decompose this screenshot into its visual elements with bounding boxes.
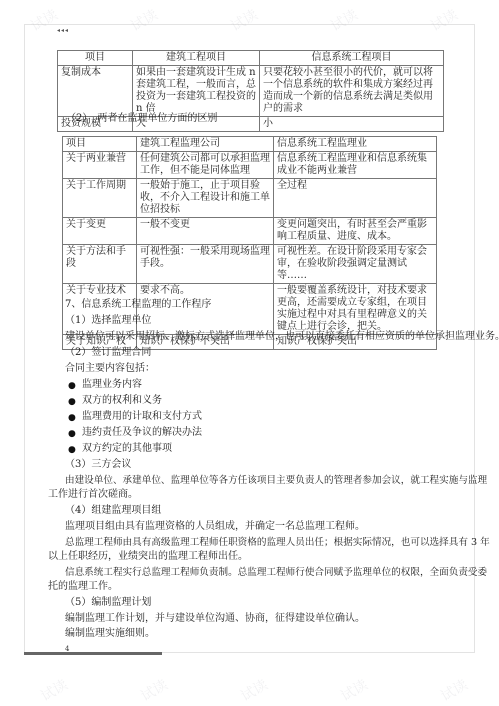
table-header-cell: 信息系统工程项目: [260, 51, 444, 66]
subsection-heading: （4）组建监理项目组: [65, 505, 161, 517]
bullet-icon: ●: [68, 381, 76, 391]
table-header-cell: 建筑工程项目: [133, 51, 260, 66]
table-header-row: 项目 建筑工程监理公司 信息系统工程监理业: [63, 137, 437, 152]
header-mark: ◂◂◂: [57, 27, 69, 34]
table-row: 关于工作周期 一般始于施工，止于项目验收，不介入工程设计和施工单位招投标 全过程: [63, 179, 437, 218]
paragraph: 托的监理工作。: [48, 581, 118, 593]
table-cell: 如果由一套建筑设计生成 n 套建筑工程，一般而言，总投资为一套建筑工程投资的 n…: [133, 66, 260, 117]
section-heading: （2） 两者在监理单位方面的区别: [66, 113, 217, 125]
paragraph: 建设单位可以采用招标、邀标方式选择监理单位，也可以直接委托有相应资质的单位承担监…: [65, 331, 499, 343]
table-header-cell: 项目: [58, 51, 133, 66]
paragraph: 以上任职经历，业绩突出的监理工程师出任。: [48, 551, 248, 563]
table-header-row: 项目 建筑工程项目 信息系统工程项目: [58, 51, 444, 66]
table-row: 关于变更 一般不变更 变更问题突出，有时甚至会严重影响工程质量、进度、成本。: [63, 218, 437, 245]
row-label: 关于两业兼营: [63, 152, 137, 179]
subsection-heading: （3）三方会议: [65, 459, 131, 471]
paragraph: 信息系统工程实行总监理工程师负责制。总监理工程师行使合同赋予监理单位的权限，全面…: [65, 567, 487, 579]
bullet-icon: ●: [68, 397, 76, 407]
table-cell: 全过程: [274, 179, 437, 218]
bullet-icon: ●: [68, 413, 76, 423]
table-header-cell: 建筑工程监理公司: [137, 137, 274, 152]
list-item: 监理业务内容: [82, 379, 142, 391]
watermark: 试读: [437, 674, 471, 705]
subsection-heading: （5）编制监理计划: [65, 597, 151, 609]
row-label: 复制成本: [58, 66, 133, 117]
watermark: 试读: [137, 674, 171, 705]
watermark: 试读: [237, 674, 271, 705]
table-row: 关于两业兼营 任何建筑公司都可以承担监理工作，但不能是同体监理 信息系统工程监理…: [63, 152, 437, 179]
table-cell: 一般始于施工，止于项目验收，不介入工程设计和施工单位招投标: [137, 179, 274, 218]
paragraph: 编制监理实施细则。: [65, 628, 155, 640]
table-cell: 小: [260, 117, 444, 132]
subsection-heading: （2）签订监理合同: [65, 347, 151, 359]
paragraph: 编制监理工作计划，并与建设单位沟通、协商，征得建设单位确认。: [65, 613, 365, 625]
table-cell: 一般不变更: [137, 218, 274, 245]
list-item: 监理费用的计取和支付方式: [82, 411, 202, 423]
bullet-icon: ●: [68, 445, 76, 455]
paragraph: 工作进行首次磋商。: [48, 489, 138, 501]
paragraph: 由建设单位、承建单位、监理单位等各方任该项目主要负责人的管理者参加会议，就工程实…: [65, 475, 487, 487]
list-item: 双方的权利和义务: [82, 395, 162, 407]
footer-rule: [24, 652, 162, 655]
row-label: 关于工作周期: [63, 179, 137, 218]
table-row: 复制成本 如果由一套建筑设计生成 n 套建筑工程，一般而言，总投资为一套建筑工程…: [58, 66, 444, 117]
table-cell: 只要花较小甚至很小的代价，就可以将一个信息系统的软件和集成方案经过再造而成一个新…: [260, 66, 444, 117]
section-heading: 7、信息系统工程监理的工作程序: [65, 299, 211, 311]
paragraph: 合同主要内容包括：: [65, 363, 155, 375]
table-header-cell: 项目: [63, 137, 137, 152]
row-label: 关于变更: [63, 218, 137, 245]
paragraph: 监理项目组由具有监理资格的人员组成，并确定一名总监理工程师。: [65, 521, 365, 533]
table-row: 关于方法和手段 可视性强：一般采用现场监理手段。 可视性差。在设计阶段采用专家会…: [63, 245, 437, 284]
table-header-cell: 信息系统工程监理业: [274, 137, 437, 152]
row-label: 关于方法和手段: [63, 245, 137, 284]
table-cell: 信息系统工程监理业和信息系统集成业不能两业兼营: [274, 152, 437, 179]
paragraph: 总监理工程师由具有高级监理工程师任职资格的监理人员出任；根据实际情况，也可以选择…: [65, 537, 490, 549]
watermark: 试读: [37, 674, 71, 705]
table-cell: 可视性强：一般采用现场监理手段。: [137, 245, 274, 284]
list-item: 违约责任及争议的解决办法: [82, 427, 202, 439]
table-cell: 可视性差。在设计阶段采用专家会审，在验收阶段强调定量测试等……: [274, 245, 437, 284]
watermark: 试读: [337, 674, 371, 705]
subsection-heading: （1）选择监理单位: [65, 315, 151, 327]
table-cell: 一般要覆盖系统设计，对技术要求更高，还需要成立专家组，在项目实施过程中对具有里程…: [274, 284, 437, 335]
table-cell: 任何建筑公司都可以承担监理工作，但不能是同体监理: [137, 152, 274, 179]
bullet-icon: ●: [68, 429, 76, 439]
list-item: 双方约定的其他事项: [82, 443, 172, 455]
table-cell: 变更问题突出，有时甚至会严重影响工程质量、进度、成本。: [274, 218, 437, 245]
